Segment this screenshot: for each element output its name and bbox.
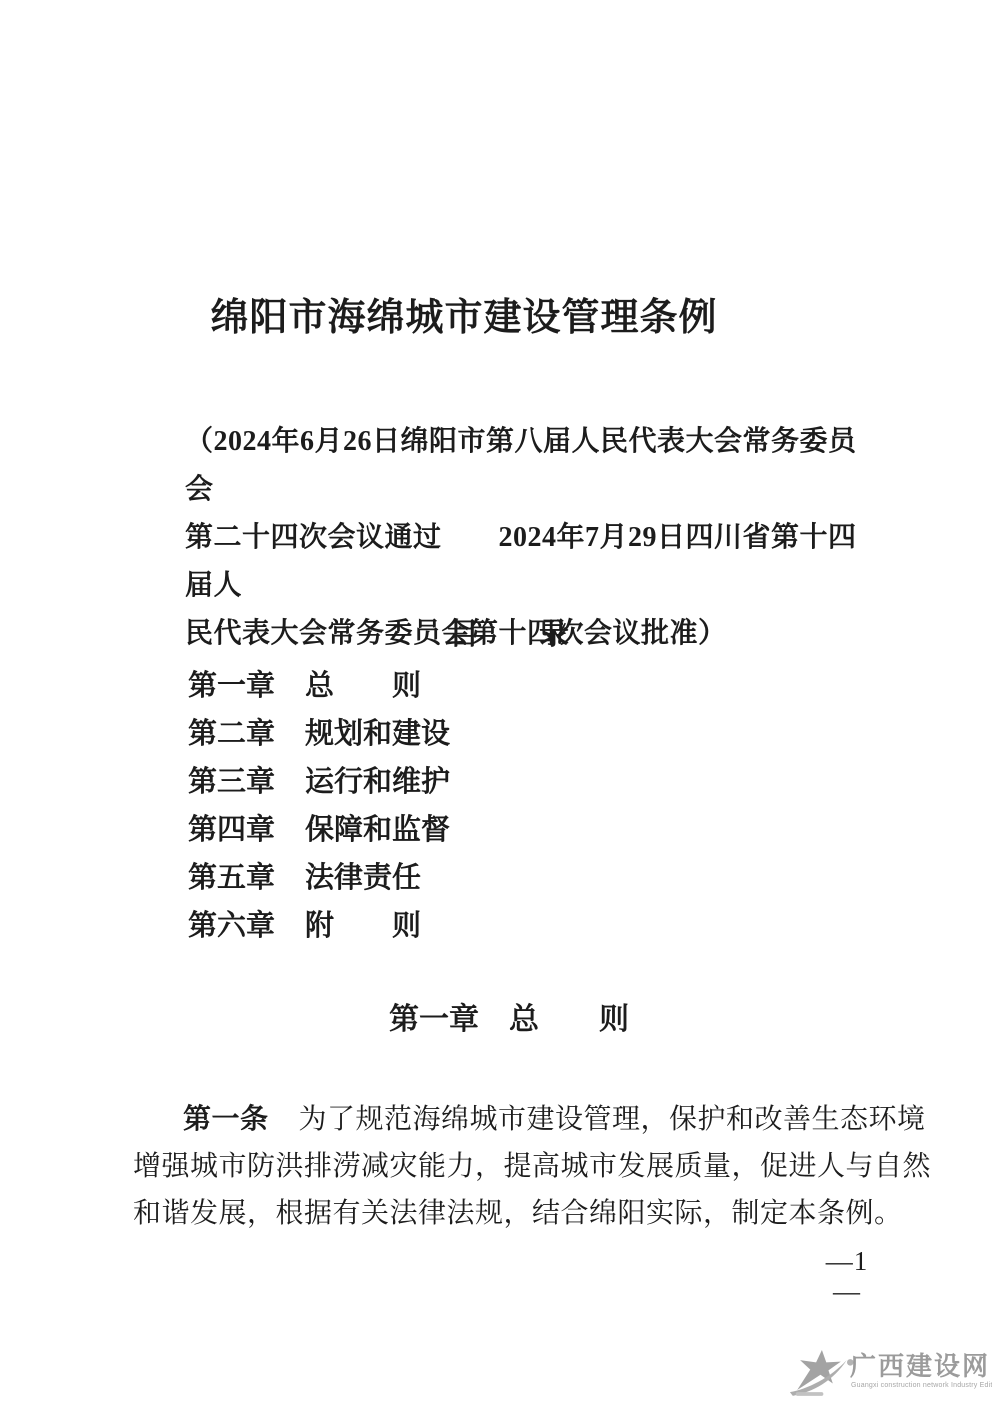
toc-item-chapter2: 第二章规划和建设: [188, 710, 450, 758]
toc-item-chapter4: 第四章保障和监督: [188, 806, 450, 854]
watermark-site-name: 广西建设网: [850, 1352, 990, 1380]
document-page: 绵阳市海绵城市建设管理条例 （2024年6月26日绵阳市第八届人民代表大会常务委…: [0, 0, 992, 1403]
document-title: 绵阳市海绵城市建设管理条例: [0, 294, 928, 342]
toc-chapter-number: 第三章: [188, 758, 275, 806]
toc-chapter-number: 第一章: [188, 662, 275, 710]
article-line: 增强城市防洪排涝减灾能力，提高城市发展质量，促进人与自然: [133, 1142, 889, 1189]
article-line: 和谐发展，根据有关法律法规，结合绵阳实际，制定本条例。: [133, 1189, 889, 1236]
toc-chapter-number: 第六章: [188, 902, 275, 950]
star-logo-icon: [782, 1350, 856, 1398]
watermark-tagline: Guangxi construction network Industry Ed…: [851, 1382, 992, 1389]
preamble-line: （2024年6月26日绵阳市第八届人民代表大会常务委员会: [185, 418, 857, 514]
toc-item-chapter3: 第三章运行和维护: [188, 758, 450, 806]
toc-item-chapter6: 第六章附 则: [188, 902, 450, 950]
toc-chapter-title: 法律责任: [305, 854, 421, 902]
article-text: 为了规范海绵城市建设管理，保护和改善生态环境: [299, 1103, 926, 1134]
site-watermark: 广西建设网 Guangxi construction network Indus…: [768, 1336, 992, 1400]
toc-heading: 目 录: [133, 618, 885, 652]
toc-chapter-title: 保障和监督: [305, 806, 450, 854]
toc-chapter-title: 运行和维护: [305, 758, 450, 806]
toc-chapter-number: 第二章: [188, 710, 275, 758]
article-1: 第一条为了规范海绵城市建设管理，保护和改善生态环境 增强城市防洪排涝减灾能力，提…: [133, 1095, 889, 1236]
chapter1-heading: 第一章 总 则: [133, 1003, 885, 1037]
toc-chapter-title: 总 则: [305, 662, 421, 710]
toc-chapter-number: 第五章: [188, 854, 275, 902]
toc-item-chapter5: 第五章法律责任: [188, 854, 450, 902]
toc-chapter-title: 规划和建设: [305, 710, 450, 758]
page-number: —1—: [812, 1246, 882, 1306]
toc-item-chapter1: 第一章总 则: [188, 662, 450, 710]
toc-chapter-title: 附 则: [305, 902, 421, 950]
toc-list: 第一章总 则 第二章规划和建设 第三章运行和维护 第四章保障和监督 第五章法律责…: [188, 662, 450, 950]
preamble-line: 第二十四次会议通过 2024年7月29日四川省第十四届人: [185, 514, 857, 610]
toc-chapter-number: 第四章: [188, 806, 275, 854]
article-line: 第一条为了规范海绵城市建设管理，保护和改善生态环境: [133, 1095, 889, 1142]
article-number-label: 第一条: [183, 1103, 269, 1134]
